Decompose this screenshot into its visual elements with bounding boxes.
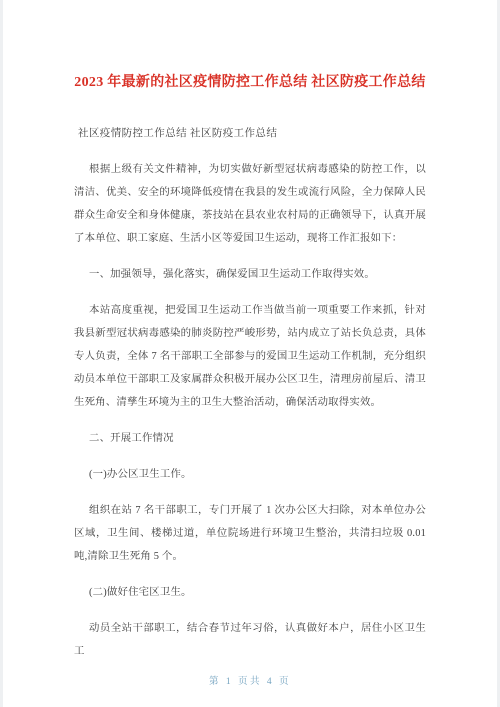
- document-content: 2023 年最新的社区疫情防控工作总结 社区防疫工作总结 社区疫情防控工作总结 …: [74, 70, 426, 689]
- page-number-label: 第 1 页共 4 页: [209, 677, 291, 687]
- document-title: 2023 年最新的社区疫情防控工作总结 社区防疫工作总结: [74, 70, 426, 96]
- document-body: 根据上级有关文件精神，为切实做好新型冠状病毒感染的防控工作，以清洁、优美、安全的…: [74, 158, 426, 663]
- page-footer: 第 1 页共 4 页: [74, 671, 426, 689]
- paragraph: 动员全站干部职工，结合春节过年习俗，认真做好本户，居住小区卫生工: [74, 617, 426, 663]
- document-subtitle: 社区疫情防控工作总结 社区防疫工作总结: [74, 122, 426, 145]
- paragraph: 组织在站 7 名干部职工，专门开展了 1 次办公区大扫除，对本单位办公区域，卫生…: [74, 499, 426, 568]
- section-heading: 一、加强领导，强化落实，确保爱国卫生运动工作取得实效。: [74, 263, 426, 286]
- document-page: 2023 年最新的社区疫情防控工作总结 社区防疫工作总结 社区疫情防控工作总结 …: [3, 0, 497, 707]
- section-heading: (二)做好住宅区卫生。: [74, 581, 426, 604]
- section-heading: (一)办公区卫生工作。: [74, 463, 426, 486]
- section-heading: 二、开展工作情况: [74, 427, 426, 450]
- paragraph: 本站高度重视，把爱国卫生运动工作当做当前一项重要工作来抓，针对我县新型冠状病毒感…: [74, 299, 426, 414]
- paragraph: 根据上级有关文件精神，为切实做好新型冠状病毒感染的防控工作，以清洁、优美、安全的…: [74, 158, 426, 250]
